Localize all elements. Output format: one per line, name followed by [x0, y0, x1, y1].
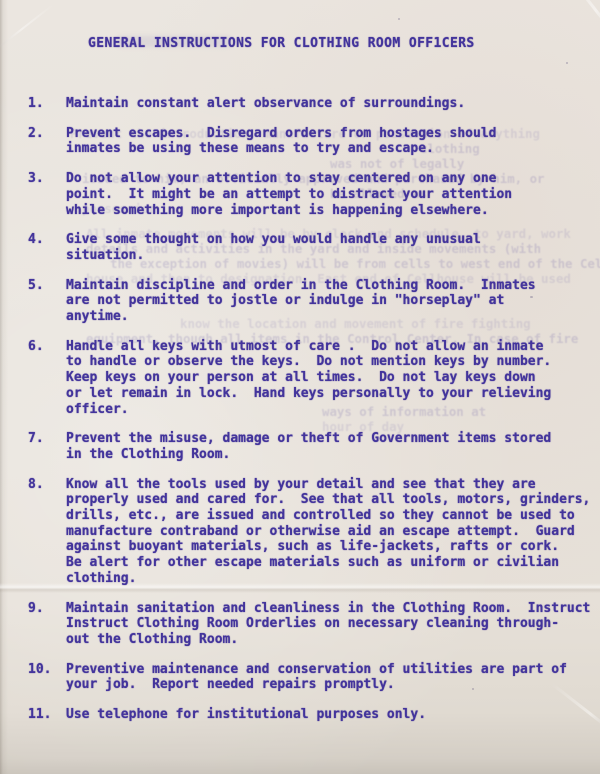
- fold-crease-top-right: [568, 0, 600, 64]
- list-item: 7. Prevent the misuse, damage or theft o…: [28, 431, 594, 462]
- item-text: Prevent the misuse, damage or theft of G…: [66, 431, 594, 462]
- list-item: 5. Maintain discipline and order in the …: [28, 278, 594, 325]
- list-item: 10. Preventive maintenance and conservat…: [28, 662, 594, 693]
- list-item: 2. Prevent escapes. Disregard orders fro…: [28, 126, 594, 157]
- item-text: Know all the tools used by your detail a…: [66, 477, 594, 587]
- list-item: 6. Handle all keys with utmost of care .…: [28, 339, 594, 418]
- item-number: 11.: [28, 707, 66, 723]
- item-number: 1.: [28, 96, 66, 112]
- instruction-list: 1. Maintain constant alert observance of…: [28, 96, 594, 737]
- item-text: Prevent escapes. Disregard orders from h…: [66, 126, 594, 157]
- list-item: 8. Know all the tools used by your detai…: [28, 477, 594, 587]
- list-item: 9. Maintain sanitation and cleanliness i…: [28, 601, 594, 648]
- list-item: 4. Give some thought on how you would ha…: [28, 232, 594, 263]
- item-text: Preventive maintenance and conservation …: [66, 662, 594, 693]
- item-text: Maintain sanitation and cleanliness in t…: [66, 601, 594, 648]
- document-page: ( ) Prevent the introduction, manufactur…: [0, 0, 600, 774]
- item-text: Do not allow your attention to stay cent…: [66, 171, 594, 218]
- document-title: GENERAL INSTRUCTIONS FOR CLOTHING ROOM O…: [88, 36, 475, 51]
- item-number: 9.: [28, 601, 66, 617]
- paper-speck: [398, 18, 400, 20]
- item-text: Maintain constant alert observance of su…: [66, 96, 594, 112]
- item-text: Use telephone for institutional purposes…: [66, 707, 594, 723]
- item-text: Handle all keys with utmost of care . Do…: [66, 339, 594, 418]
- item-number: 6.: [28, 339, 66, 355]
- list-item: 11. Use telephone for institutional purp…: [28, 707, 594, 723]
- item-text: Give some thought on how you would handl…: [66, 232, 594, 263]
- item-number: 2.: [28, 126, 66, 142]
- item-text: Maintain discipline and order in the Clo…: [66, 278, 594, 325]
- list-item: 3. Do not allow your attention to stay c…: [28, 171, 594, 218]
- paper-speck: [566, 62, 568, 64]
- item-number: 4.: [28, 232, 66, 248]
- item-number: 7.: [28, 431, 66, 447]
- item-number: 10.: [28, 662, 66, 678]
- item-number: 3.: [28, 171, 66, 187]
- fold-crease-top-left: [0, 4, 54, 55]
- item-number: 5.: [28, 278, 66, 294]
- item-number: 8.: [28, 477, 66, 493]
- list-item: 1. Maintain constant alert observance of…: [28, 96, 594, 112]
